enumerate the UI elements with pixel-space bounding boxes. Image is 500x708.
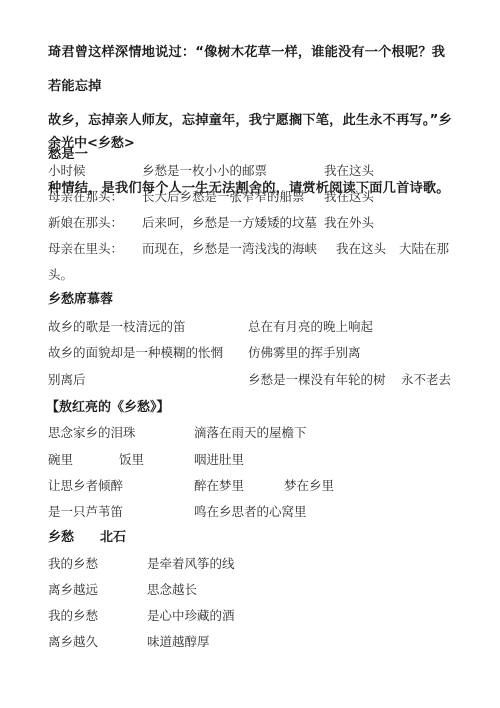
intro-paragraph: 琦君曾这样深情地说过：“像树木花草一样，谁能没有一个根呢？我若能忘掉 故乡，忘掉…	[48, 36, 456, 206]
line-segment: 头。	[48, 266, 73, 284]
line-segment: 小时候	[48, 162, 86, 180]
line-segment: 离乡越远	[48, 581, 98, 599]
line-segment: 鸣在乡思者的心窝里	[194, 503, 307, 521]
line-segment: 是牵着风筝的线	[147, 555, 235, 573]
poem-line: 头。	[0, 266, 500, 284]
line-segment: 别离后	[48, 371, 86, 389]
line-segment: 而现在，乡愁是一湾浅浅的海峡	[142, 240, 317, 258]
line-segment: 我在这头	[324, 188, 374, 206]
poem-line: 母亲在那头： 长大后乡愁是一张窄窄的船票 我在这头	[0, 188, 500, 206]
line-segment: 碗里	[48, 451, 73, 469]
poem-line: 思念家乡的泪珠 滴落在雨天的屋檐下	[0, 424, 500, 442]
line-segment: 乡愁是一棵没有年轮的树	[248, 371, 386, 389]
poem-line: 我的乡愁 是牵着风筝的线	[0, 555, 500, 573]
poem-line: 离乡越远 思念越长	[0, 581, 500, 599]
line-segment: 新娘在那头：	[48, 214, 123, 232]
line-segment: 思念家乡的泪珠	[48, 424, 136, 442]
poem-line: 让思乡者倾醉 醉在梦里 梦在乡里	[0, 477, 500, 495]
line-segment: 让思乡者倾醉	[48, 477, 123, 495]
line-segment: 离乡越久	[48, 633, 98, 651]
line-segment: 长大后乡愁是一张窄窄的船票	[142, 188, 305, 206]
line-segment: 母亲在那头：	[48, 188, 123, 206]
line-segment: 是一只芦苇笛	[48, 503, 123, 521]
line-segment: 母亲在里头：	[48, 240, 123, 258]
poem-title: 【敖红亮的《乡愁》】	[46, 400, 170, 416]
line-segment: 故乡的面貌却是一种模糊的怅惘	[48, 344, 223, 362]
line-segment: 滴落在雨天的屋檐下	[194, 424, 307, 442]
line-segment: 我的乡愁	[48, 607, 98, 625]
line-segment: 我在外头	[324, 214, 374, 232]
poem-line: 离乡越久 味道越醇厚	[0, 633, 500, 651]
poem-title: 余光中<乡愁>	[48, 136, 135, 152]
line-segment: 是心中珍藏的酒	[147, 607, 235, 625]
line-segment: 故乡的歌是一枝清远的笛	[48, 318, 186, 336]
line-segment: 咽进肚里	[194, 451, 244, 469]
line-segment: 梦在乡里	[284, 477, 334, 495]
line-segment: 味道越醇厚	[147, 633, 210, 651]
line-segment: 永不老去	[401, 371, 451, 389]
line-segment: 我在这头	[324, 162, 374, 180]
document-page: 琦君曾这样深情地说过：“像树木花草一样，谁能没有一个根呢？我若能忘掉 故乡，忘掉…	[0, 0, 500, 708]
poem-line: 我的乡愁 是心中珍藏的酒	[0, 607, 500, 625]
intro-line: 琦君曾这样深情地说过：“像树木花草一样，谁能没有一个根呢？我若能忘掉	[48, 36, 456, 104]
line-segment: 大陆在那	[399, 240, 449, 258]
line-segment: 我在这头	[336, 240, 386, 258]
poem-title: 乡愁席慕蓉	[48, 292, 113, 308]
poem-line: 故乡的面貌却是一种模糊的怅惘 仿佛雾里的挥手别离	[0, 344, 500, 362]
poem-line: 故乡的歌是一枝清远的笛 总在有月亮的晚上响起	[0, 318, 500, 336]
poem-line: 碗里 饭里 咽进肚里	[0, 451, 500, 469]
poem-title: 乡愁 北石	[48, 530, 126, 546]
line-segment: 醉在梦里	[194, 477, 244, 495]
poem-line: 母亲在里头： 而现在，乡愁是一湾浅浅的海峡 我在这头 大陆在那	[0, 240, 500, 258]
line-segment: 总在有月亮的晚上响起	[248, 318, 373, 336]
line-segment: 乡愁是一枚小小的邮票	[142, 162, 267, 180]
line-segment: 我的乡愁	[48, 555, 98, 573]
poem-line: 别离后 乡愁是一棵没有年轮的树 永不老去	[0, 371, 500, 389]
line-segment: 饭里	[119, 451, 144, 469]
line-segment: 后来呵，乡愁是一方矮矮的坟墓	[142, 214, 317, 232]
line-segment: 思念越长	[147, 581, 197, 599]
line-segment: 仿佛雾里的挥手别离	[248, 344, 361, 362]
poem-line: 新娘在那头： 后来呵，乡愁是一方矮矮的坟墓 我在外头	[0, 214, 500, 232]
poem-line: 小时候 乡愁是一枚小小的邮票 我在这头	[0, 162, 500, 180]
poem-line: 是一只芦苇笛 鸣在乡思者的心窝里	[0, 503, 500, 521]
